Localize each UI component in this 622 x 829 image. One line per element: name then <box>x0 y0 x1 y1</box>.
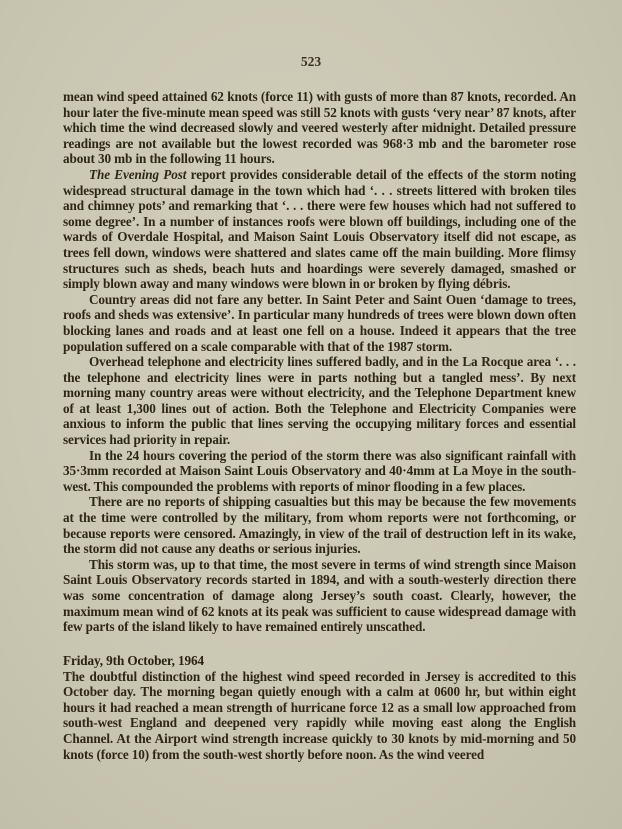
paragraph: mean wind speed attained 62 knots (force… <box>63 89 576 167</box>
section-friday-9th-october-1964: Friday, 9th October, 1964 The doubtful d… <box>63 653 576 762</box>
paragraph: This storm was, up to that time, the mos… <box>63 557 576 635</box>
paragraph: There are no reports of shipping casualt… <box>63 494 576 556</box>
paragraph: The doubtful distinction of the highest … <box>63 669 576 763</box>
paragraph: Country areas did not fare any better. I… <box>63 292 576 354</box>
paragraph: The Evening Post report provides conside… <box>63 167 576 292</box>
paragraph: In the 24 hours covering the period of t… <box>63 448 576 495</box>
body-text: mean wind speed attained 62 knots (force… <box>63 89 576 635</box>
page-number: 523 <box>0 54 622 70</box>
paragraph-text: report provides considerable detail of t… <box>63 167 576 291</box>
publication-title: The Evening Post <box>89 167 186 182</box>
section-heading: Friday, 9th October, 1964 <box>63 653 576 669</box>
paragraph: Overhead telephone and electricity lines… <box>63 354 576 448</box>
